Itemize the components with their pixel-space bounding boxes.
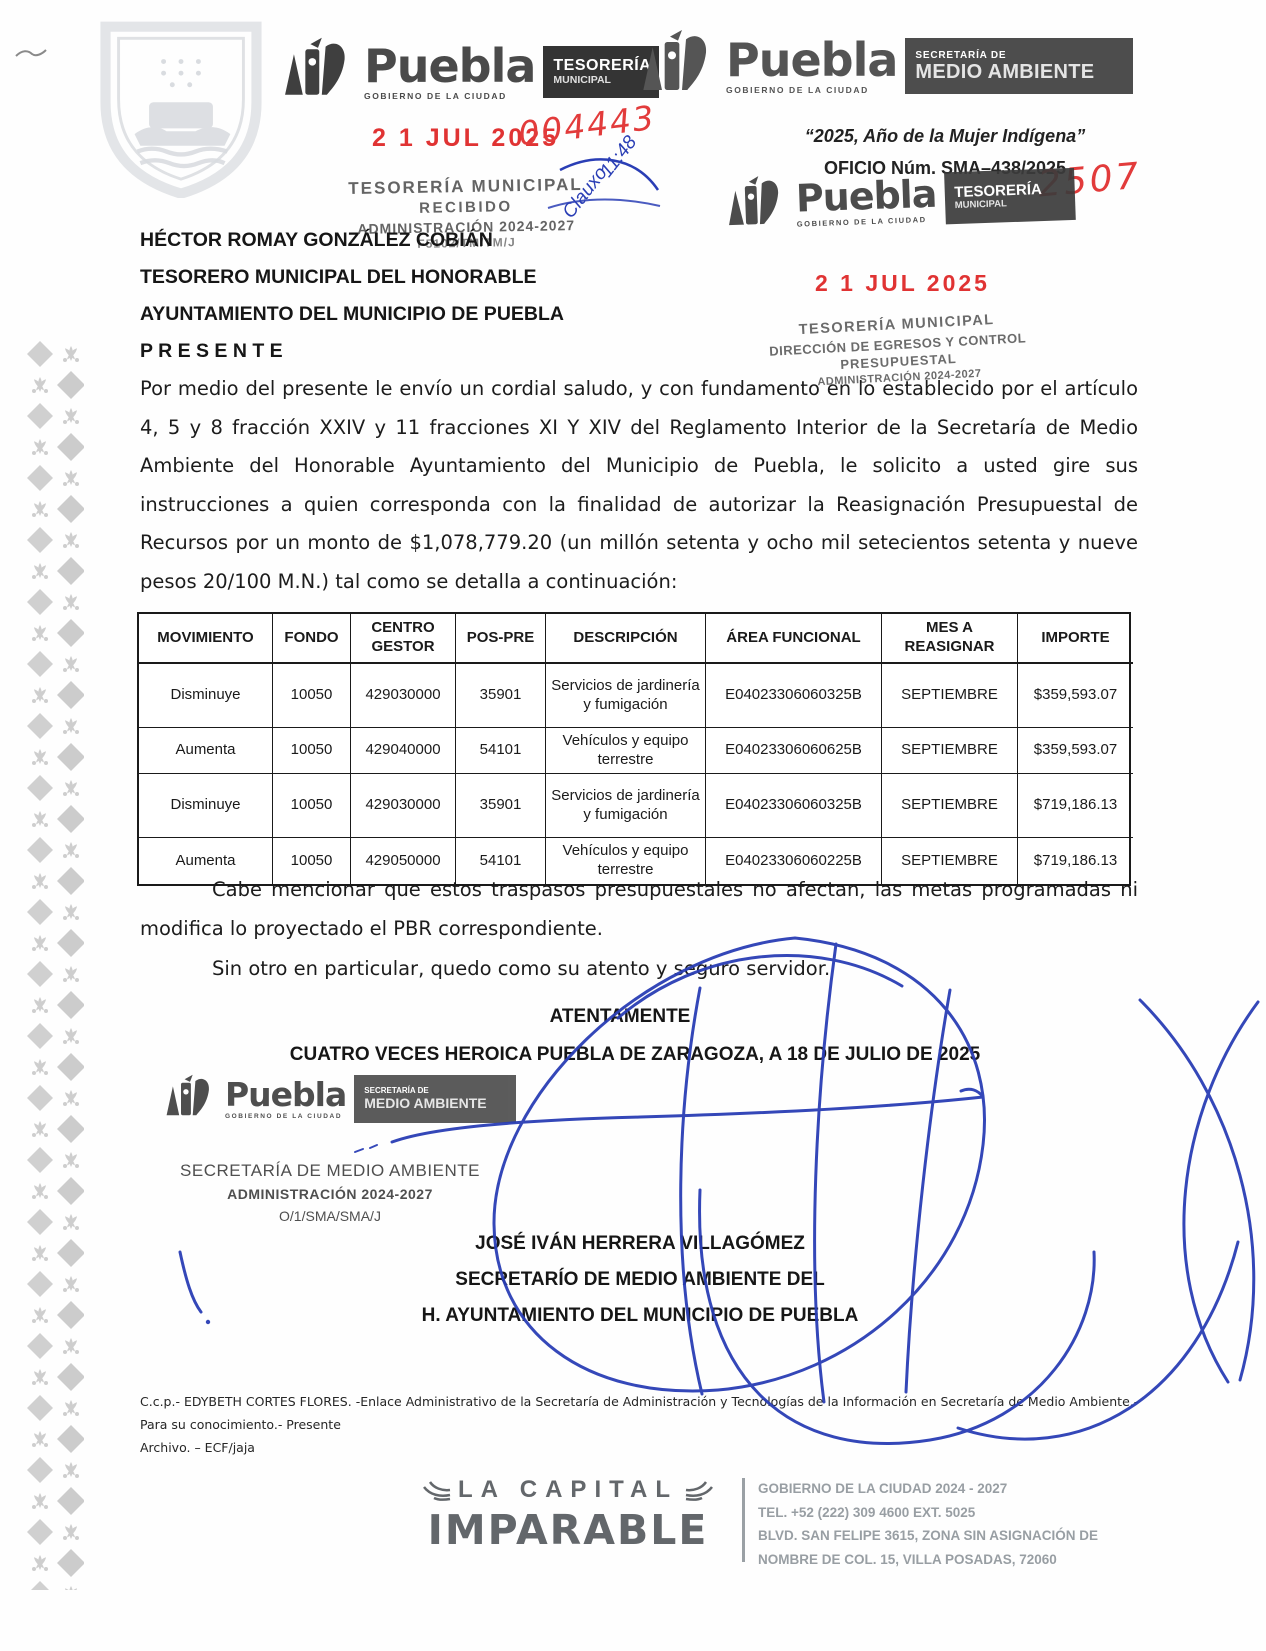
table-header: MOVIMIENTO — [139, 614, 273, 664]
stamp-line: ADMINISTRACIÓN 2024-2027 — [150, 1184, 510, 1206]
table-cell: SEPTIEMBRE — [882, 774, 1018, 838]
badge-line1: SECRETARÍA DE — [915, 50, 1123, 61]
ccp-line: Para su conocimiento.- Presente — [140, 1413, 1138, 1436]
stamp-line: SECRETARÍA DE MEDIO AMBIENTE — [150, 1158, 510, 1184]
puebla-towers-icon — [280, 36, 356, 108]
table-header: DESCRIPCIÓN — [546, 614, 706, 664]
table-header: POS-PRE — [456, 614, 546, 664]
puebla-towers-icon — [638, 28, 718, 104]
medio-ambiente-badge: SECRETARÍA DE MEDIO AMBIENTE — [354, 1075, 516, 1123]
medio-ambiente-badge: SECRETARÍA DE MEDIO AMBIENTE — [905, 38, 1133, 94]
table-cell: 35901 — [456, 774, 546, 838]
table-cell: SEPTIEMBRE — [882, 664, 1018, 728]
footer-line: BLVD. SAN FELIPE 3615, ZONA SIN ASIGNACI… — [758, 1524, 1098, 1548]
addressee-name: HÉCTOR ROMAY GONZÁLEZ COBIÁN — [140, 222, 564, 259]
scanned-official-letter: Puebla GOBIERNO DE LA CIUDAD TESORERÍA M… — [0, 0, 1266, 1651]
badge-line2: MEDIO AMBIENTE — [364, 1096, 506, 1111]
table-cell: 54101 — [456, 728, 546, 774]
table-cell: 35901 — [456, 664, 546, 728]
table-cell: E04023306060625B — [706, 728, 882, 774]
table-cell: Servicios de jardinería y fumigación — [546, 774, 706, 838]
addressee-title: TESORERO MUNICIPAL DEL HONORABLE — [140, 259, 564, 296]
sma-stamp-text: SECRETARÍA DE MEDIO AMBIENTE ADMINISTRAC… — [150, 1158, 510, 1228]
city-date-line: CUATRO VECES HEROICA PUEBLA DE ZARAGOZA,… — [130, 1044, 1140, 1066]
signer-block: JOSÉ IVÁN HERRERA VILLAGÓMEZ SECRETARÍO … — [340, 1226, 940, 1334]
logo-puebla-medio-ambiente-stamp: Puebla GOBIERNO DE LA CIUDAD SECRETARÍA … — [163, 1073, 516, 1125]
addressee-title2: AYUNTAMIENTO DEL MUNICIPIO DE PUEBLA — [140, 296, 564, 333]
footer-address-block: GOBIERNO DE LA CIUDAD 2024 - 2027 TEL. +… — [758, 1477, 1098, 1571]
ccp-line: Archivo. – ECF/jaja — [140, 1436, 1138, 1459]
table-cell: 429030000 — [351, 774, 456, 838]
imparable-text: IMPARABLE — [418, 1506, 718, 1554]
table-cell: $359,593.07 — [1018, 728, 1133, 774]
atentamente-line: ATENTAMENTE — [140, 1006, 1100, 1028]
table-header: MES A REASIGNAR — [882, 614, 1018, 664]
table-cell: Disminuye — [139, 774, 273, 838]
table-cell: Servicios de jardinería y fumigación — [546, 664, 706, 728]
table-cell: Aumenta — [139, 728, 273, 774]
logo-puebla-tesoreria: Puebla GOBIERNO DE LA CIUDAD TESORERÍA M… — [280, 36, 659, 108]
signer-title1: SECRETARÍO DE MEDIO AMBIENTE DEL — [340, 1262, 940, 1298]
signer-name: JOSÉ IVÁN HERRERA VILLAGÓMEZ — [340, 1226, 940, 1262]
tesoreria-badge: TESORERÍA MUNICIPAL — [944, 168, 1076, 225]
table-cell: 10050 — [273, 664, 351, 728]
logo-puebla-medio-ambiente: Puebla GOBIERNO DE LA CIUDAD SECRETARÍA … — [638, 28, 1133, 104]
table-cell: E04023306060325B — [706, 774, 882, 838]
table-cell: 429030000 — [351, 664, 456, 728]
table-cell: Disminuye — [139, 664, 273, 728]
wing-right-icon — [684, 1479, 714, 1501]
table-header: FONDO — [273, 614, 351, 664]
ccp-line: C.c.p.- EDYBETH CORTES FLORES. -Enlace A… — [140, 1390, 1138, 1413]
puebla-tagline: GOBIERNO DE LA CIUDAD — [225, 1114, 346, 1121]
puebla-tagline: GOBIERNO DE LA CIUDAD — [726, 86, 897, 95]
year-motto: “2025, Año de la Mujer Indígena” — [760, 126, 1130, 147]
reasignacion-table: MOVIMIENTO FONDO CENTRO GESTOR POS-PRE D… — [137, 612, 1131, 886]
puebla-wordmark: Puebla — [795, 174, 937, 217]
table-header: ÁREA FUNCIONAL — [706, 614, 882, 664]
footer-line: TEL. +52 (222) 309 4600 EXT. 5025 — [758, 1501, 1098, 1525]
footer-line: GOBIERNO DE LA CIUDAD 2024 - 2027 — [758, 1477, 1098, 1501]
talavera-border-pattern — [24, 338, 84, 1590]
signer-title2: H. AYUNTAMIENTO DEL MUNICIPIO DE PUEBLA — [340, 1298, 940, 1334]
table-cell: Vehículos y equipo terrestre — [546, 728, 706, 774]
table-cell: SEPTIEMBRE — [882, 728, 1018, 774]
badge-line2: MUNICIPAL — [955, 197, 1065, 211]
ccp-block: C.c.p.- EDYBETH CORTES FLORES. -Enlace A… — [140, 1390, 1138, 1459]
addressee-presente: P R E S E N T E — [140, 333, 564, 370]
table-header: IMPORTE — [1018, 614, 1133, 664]
egresos-date-stamp: 2 1 JUL 2025 — [815, 270, 990, 297]
puebla-towers-icon — [163, 1073, 217, 1125]
table-cell: 429040000 — [351, 728, 456, 774]
capital-text: LA CAPITAL — [458, 1476, 678, 1504]
badge-line2: MEDIO AMBIENTE — [915, 61, 1123, 83]
puebla-tagline: GOBIERNO DE LA CIUDAD — [364, 92, 535, 101]
table-cell: 10050 — [273, 728, 351, 774]
table-header: CENTRO GESTOR — [351, 614, 456, 664]
puebla-towers-icon — [723, 174, 789, 236]
badge-line2: MUNICIPAL — [553, 75, 649, 87]
puebla-wordmark: Puebla — [364, 43, 535, 89]
footer-line: NOMBRE DE COL. 15, VILLA POSADAS, 72060 — [758, 1548, 1098, 1572]
shield-watermark-icon — [92, 18, 270, 198]
footer-divider — [742, 1478, 745, 1562]
addressee-block: HÉCTOR ROMAY GONZÁLEZ COBIÁN TESORERO MU… — [140, 222, 564, 370]
stamp-line: O/1/SMA/SMA/J — [150, 1206, 510, 1228]
body-paragraph-1: Por medio del presente le envío un cordi… — [140, 370, 1138, 601]
la-capital-imparable-logo: LA CAPITAL IMPARABLE — [418, 1476, 718, 1554]
puebla-wordmark: Puebla — [726, 37, 897, 83]
table-cell: $719,186.13 — [1018, 774, 1133, 838]
table-cell: E04023306060325B — [706, 664, 882, 728]
table-cell: 10050 — [273, 774, 351, 838]
pen-squiggle-mark — [14, 44, 48, 62]
body-paragraph-2: Cabe mencionar que estos traspasos presu… — [140, 870, 1138, 948]
body-paragraph-3: Sin otro en particular, quedo como su at… — [140, 950, 1138, 989]
wing-left-icon — [422, 1479, 452, 1501]
table-cell: $359,593.07 — [1018, 664, 1133, 728]
logo-puebla-tesoreria-stamp: Puebla GOBIERNO DE LA CIUDAD TESORERÍA M… — [723, 164, 1075, 236]
badge-line1: TESORERÍA — [553, 57, 649, 75]
puebla-wordmark: Puebla — [225, 1078, 346, 1111]
